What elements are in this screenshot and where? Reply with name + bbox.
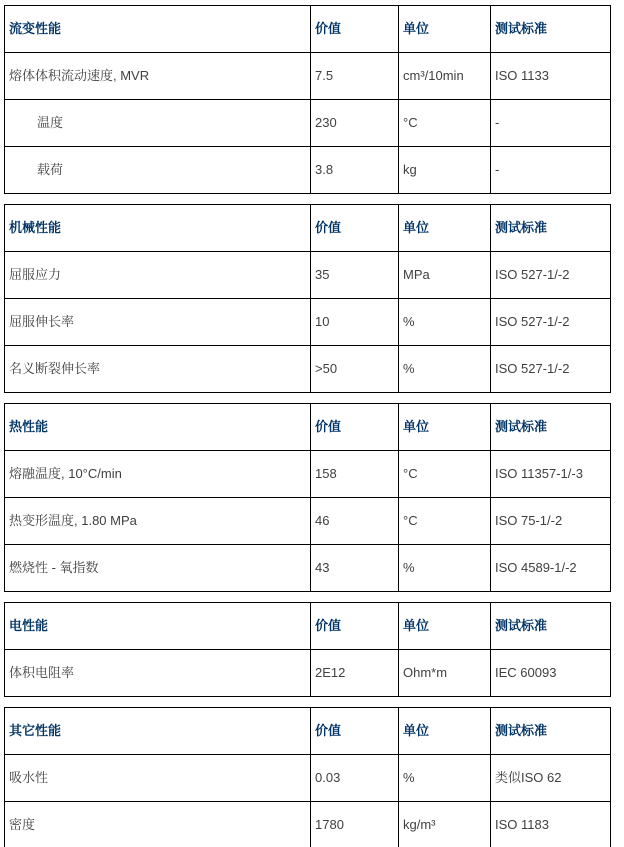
section-title: 其它性能 — [5, 708, 311, 755]
table-row: 体积电阻率2E12Ohm*mIEC 60093 — [5, 650, 611, 697]
column-header-unit: 单位 — [399, 205, 491, 252]
table-row: 温度230°C- — [5, 100, 611, 147]
standard-cell: 类似ISO 62 — [491, 755, 611, 802]
column-header-standard: 测试标准 — [491, 205, 611, 252]
column-header-unit: 单位 — [399, 6, 491, 53]
value-cell: 3.8 — [311, 147, 399, 194]
property-cell: 热变形温度, 1.80 MPa — [5, 498, 311, 545]
properties-table-thermal: 热性能价值单位测试标准熔融温度, 10°C/min158°CISO 11357-… — [4, 403, 611, 592]
column-header-value: 价值 — [311, 205, 399, 252]
unit-cell: kg/m³ — [399, 802, 491, 847]
standard-cell: ISO 4589-1/-2 — [491, 545, 611, 592]
column-header-value: 价值 — [311, 708, 399, 755]
unit-cell: Ohm*m — [399, 650, 491, 697]
property-cell: 温度 — [5, 100, 311, 147]
value-cell: 10 — [311, 299, 399, 346]
property-cell: 燃烧性 - 氧指数 — [5, 545, 311, 592]
value-cell: 35 — [311, 252, 399, 299]
table-row: 屈服应力35MPaISO 527-1/-2 — [5, 252, 611, 299]
properties-table-rheological: 流变性能价值单位测试标准熔体体积流动速度, MVR7.5cm³/10minISO… — [4, 5, 611, 194]
property-cell: 熔融温度, 10°C/min — [5, 451, 311, 498]
header-row: 电性能价值单位测试标准 — [5, 603, 611, 650]
table-row: 密度1780kg/m³ISO 1183 — [5, 802, 611, 847]
property-cell: 屈服伸长率 — [5, 299, 311, 346]
table-row: 熔融温度, 10°C/min158°CISO 11357-1/-3 — [5, 451, 611, 498]
column-header-unit: 单位 — [399, 708, 491, 755]
standard-cell: ISO 527-1/-2 — [491, 252, 611, 299]
header-row: 机械性能价值单位测试标准 — [5, 205, 611, 252]
tables-container: 流变性能价值单位测试标准熔体体积流动速度, MVR7.5cm³/10minISO… — [4, 5, 624, 847]
column-header-value: 价值 — [311, 404, 399, 451]
standard-cell: ISO 1133 — [491, 53, 611, 100]
unit-cell: % — [399, 545, 491, 592]
unit-cell: cm³/10min — [399, 53, 491, 100]
standard-cell: - — [491, 100, 611, 147]
table-row: 屈服伸长率10%ISO 527-1/-2 — [5, 299, 611, 346]
property-cell: 密度 — [5, 802, 311, 847]
unit-cell: °C — [399, 498, 491, 545]
unit-cell: % — [399, 755, 491, 802]
value-cell: 230 — [311, 100, 399, 147]
value-cell: 7.5 — [311, 53, 399, 100]
property-cell: 载荷 — [5, 147, 311, 194]
table-row: 载荷3.8kg- — [5, 147, 611, 194]
header-row: 流变性能价值单位测试标准 — [5, 6, 611, 53]
properties-table-electrical: 电性能价值单位测试标准体积电阻率2E12Ohm*mIEC 60093 — [4, 602, 611, 697]
value-cell: 0.03 — [311, 755, 399, 802]
value-cell: 2E12 — [311, 650, 399, 697]
property-cell: 熔体体积流动速度, MVR — [5, 53, 311, 100]
standard-cell: IEC 60093 — [491, 650, 611, 697]
value-cell: >50 — [311, 346, 399, 393]
standard-cell: ISO 1183 — [491, 802, 611, 847]
unit-cell: MPa — [399, 252, 491, 299]
column-header-standard: 测试标准 — [491, 603, 611, 650]
header-row: 热性能价值单位测试标准 — [5, 404, 611, 451]
value-cell: 1780 — [311, 802, 399, 847]
section-title: 热性能 — [5, 404, 311, 451]
property-cell: 体积电阻率 — [5, 650, 311, 697]
value-cell: 158 — [311, 451, 399, 498]
value-cell: 46 — [311, 498, 399, 545]
properties-table-mechanical: 机械性能价值单位测试标准屈服应力35MPaISO 527-1/-2屈服伸长率10… — [4, 204, 611, 393]
section-title: 流变性能 — [5, 6, 311, 53]
column-header-standard: 测试标准 — [491, 404, 611, 451]
property-cell: 屈服应力 — [5, 252, 311, 299]
column-header-unit: 单位 — [399, 404, 491, 451]
property-cell: 吸水性 — [5, 755, 311, 802]
value-cell: 43 — [311, 545, 399, 592]
column-header-value: 价值 — [311, 6, 399, 53]
unit-cell: °C — [399, 451, 491, 498]
properties-table-other: 其它性能价值单位测试标准吸水性0.03%类似ISO 62密度1780kg/m³I… — [4, 707, 611, 847]
unit-cell: kg — [399, 147, 491, 194]
datasheet-page: 流变性能价值单位测试标准熔体体积流动速度, MVR7.5cm³/10minISO… — [0, 0, 624, 847]
table-row: 名义断裂伸长率>50%ISO 527-1/-2 — [5, 346, 611, 393]
column-header-standard: 测试标准 — [491, 6, 611, 53]
standard-cell: ISO 527-1/-2 — [491, 299, 611, 346]
standard-cell: ISO 527-1/-2 — [491, 346, 611, 393]
column-header-unit: 单位 — [399, 603, 491, 650]
table-row: 燃烧性 - 氧指数43%ISO 4589-1/-2 — [5, 545, 611, 592]
column-header-value: 价值 — [311, 603, 399, 650]
unit-cell: % — [399, 346, 491, 393]
table-row: 熔体体积流动速度, MVR7.5cm³/10minISO 1133 — [5, 53, 611, 100]
standard-cell: ISO 11357-1/-3 — [491, 451, 611, 498]
section-title: 电性能 — [5, 603, 311, 650]
table-row: 热变形温度, 1.80 MPa46°CISO 75-1/-2 — [5, 498, 611, 545]
property-cell: 名义断裂伸长率 — [5, 346, 311, 393]
section-title: 机械性能 — [5, 205, 311, 252]
unit-cell: % — [399, 299, 491, 346]
unit-cell: °C — [399, 100, 491, 147]
table-row: 吸水性0.03%类似ISO 62 — [5, 755, 611, 802]
standard-cell: - — [491, 147, 611, 194]
column-header-standard: 测试标准 — [491, 708, 611, 755]
standard-cell: ISO 75-1/-2 — [491, 498, 611, 545]
header-row: 其它性能价值单位测试标准 — [5, 708, 611, 755]
